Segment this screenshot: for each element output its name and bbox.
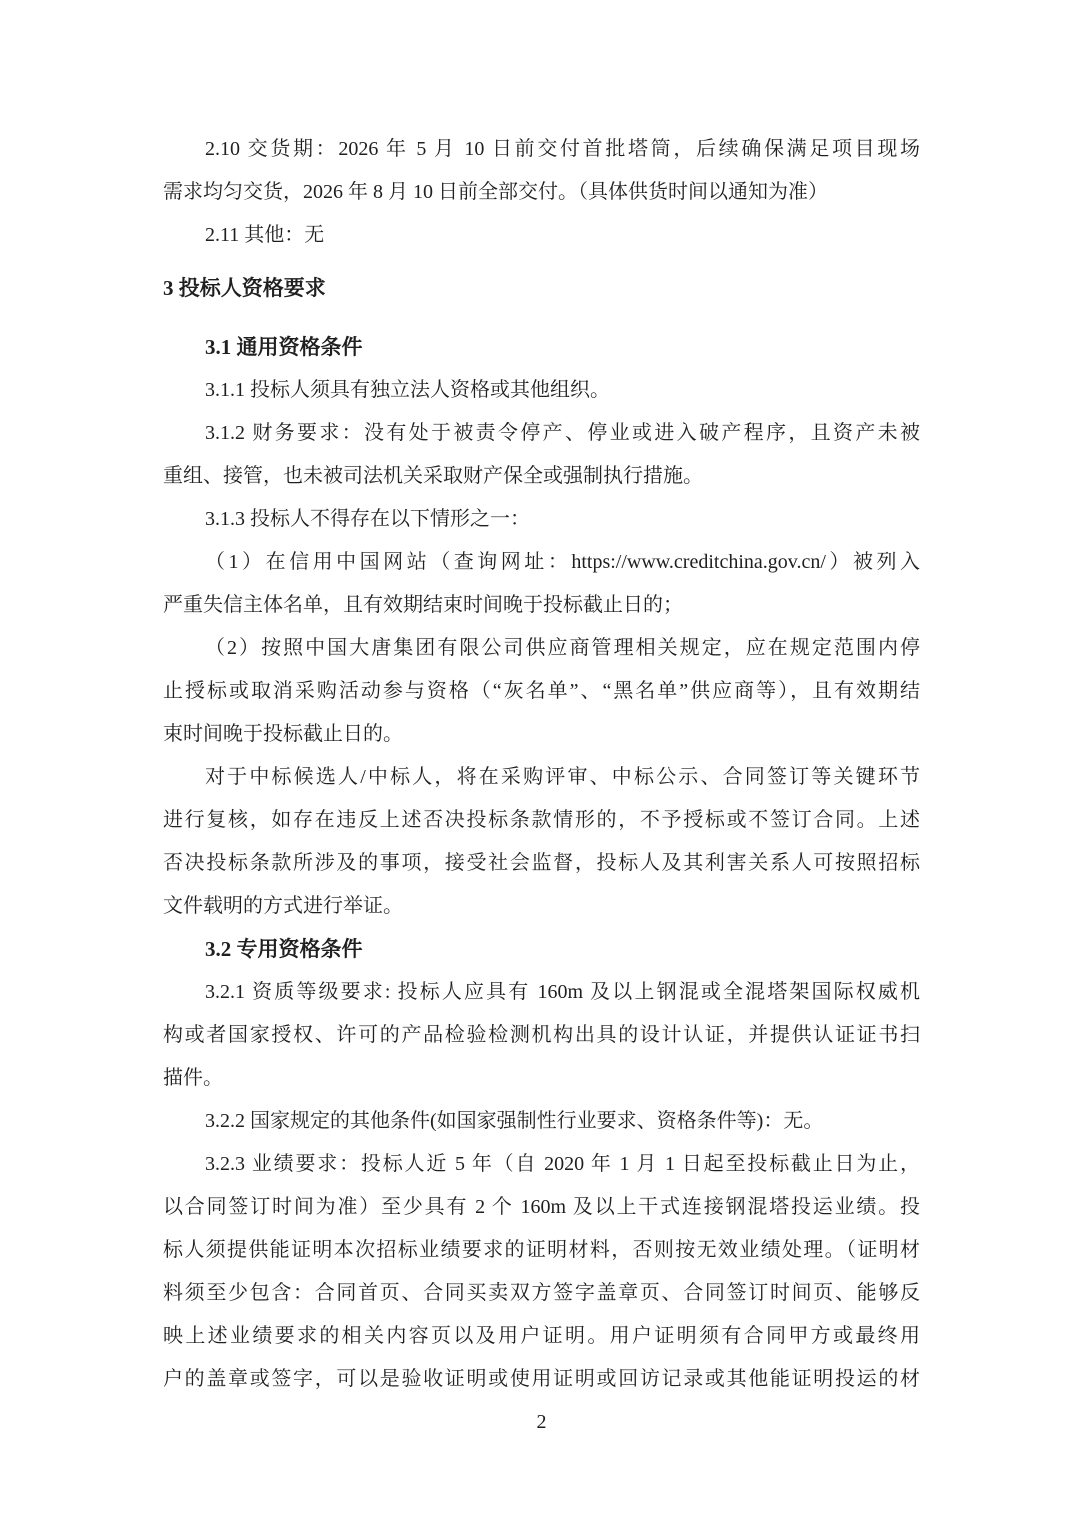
line-3-1-1-legal-entity: 3.1.1 投标人须具有独立法人资格或其他组织。 [163, 369, 920, 412]
line-3-2-3-performance-3: 标人须提供能证明本次招标业绩要求的证明材料，否则按无效业绩处理。（证明材 [163, 1229, 920, 1272]
line-winner-review-1: 对于中标候选人/中标人，将在采购评审、中标公示、合同签订等关键环节 [163, 756, 920, 799]
heading-3-1-general-conditions: 3.1 通用资格条件 [163, 326, 920, 369]
line-3-2-3-performance-6: 户的盖章或签字，可以是验收证明或使用证明或回访记录或其他能证明投运的材 [163, 1358, 920, 1401]
heading-3-bidder-qualifications: 3 投标人资格要求 [163, 267, 920, 310]
line-2-11-other: 2.11 其他：无 [163, 214, 920, 257]
heading-3-2-special-conditions: 3.2 专用资格条件 [163, 928, 920, 971]
line-winner-review-4: 文件载明的方式进行举证。 [163, 885, 920, 928]
line-winner-review-3: 否决投标条款所涉及的事项，接受社会监督，投标人及其利害关系人可按照招标 [163, 842, 920, 885]
line-2-10-delivery-1: 2.10 交货期：2026 年 5 月 10 日前交付首批塔筒，后续确保满足项目… [163, 128, 920, 171]
line-winner-review-2: 进行复核，如存在违反上述否决投标条款情形的，不予授标或不签订合同。上述 [163, 799, 920, 842]
line-3-2-1-qualification-1: 3.2.1 资质等级要求: 投标人应具有 160m 及以上钢混或全混塔架国际权威… [163, 971, 920, 1014]
document-page: 2.10 交货期：2026 年 5 月 10 日前交付首批塔筒，后续确保满足项目… [0, 0, 1080, 1527]
line-item1-creditchina-1: （1）在信用中国网站（查询网址：https://www.creditchina.… [163, 541, 920, 584]
line-3-2-3-performance-1: 3.2.3 业绩要求：投标人近 5 年（自 2020 年 1 月 1 日起至投标… [163, 1143, 920, 1186]
page-number: 2 [163, 1401, 920, 1444]
line-2-10-delivery-2: 需求均匀交货，2026 年 8 月 10 日前全部交付。（具体供货时间以通知为准… [163, 171, 920, 214]
line-3-1-2-financial-2: 重组、接管，也未被司法机关采取财产保全或强制执行措施。 [163, 455, 920, 498]
line-item2-datang-3: 束时间晚于投标截止日的。 [163, 713, 920, 756]
line-3-2-3-performance-2: 以合同签订时间为准）至少具有 2 个 160m 及以上干式连接钢混塔投运业绩。投 [163, 1186, 920, 1229]
line-3-1-3-prohibited: 3.1.3 投标人不得存在以下情形之一： [163, 498, 920, 541]
line-3-2-3-performance-5: 映上述业绩要求的相关内容页以及用户证明。用户证明须有合同甲方或最终用 [163, 1315, 920, 1358]
line-item2-datang-1: （2）按照中国大唐集团有限公司供应商管理相关规定，应在规定范围内停 [163, 627, 920, 670]
line-3-2-1-qualification-2: 构或者国家授权、许可的产品检验检测机构出具的设计认证，并提供认证证书扫 [163, 1014, 920, 1057]
line-3-2-2-other-conditions: 3.2.2 国家规定的其他条件(如国家强制性行业要求、资格条件等)：无。 [163, 1100, 920, 1143]
line-item2-datang-2: 止授标或取消采购活动参与资格（“灰名单”、“黑名单”供应商等），且有效期结 [163, 670, 920, 713]
line-3-1-2-financial-1: 3.1.2 财务要求：没有处于被责令停产、停业或进入破产程序，且资产未被 [163, 412, 920, 455]
line-3-2-1-qualification-3: 描件。 [163, 1057, 920, 1100]
line-3-2-3-performance-4: 料须至少包含：合同首页、合同买卖双方签字盖章页、合同签订时间页、能够反 [163, 1272, 920, 1315]
line-item1-creditchina-2: 严重失信主体名单，且有效期结束时间晚于投标截止日的； [163, 584, 920, 627]
